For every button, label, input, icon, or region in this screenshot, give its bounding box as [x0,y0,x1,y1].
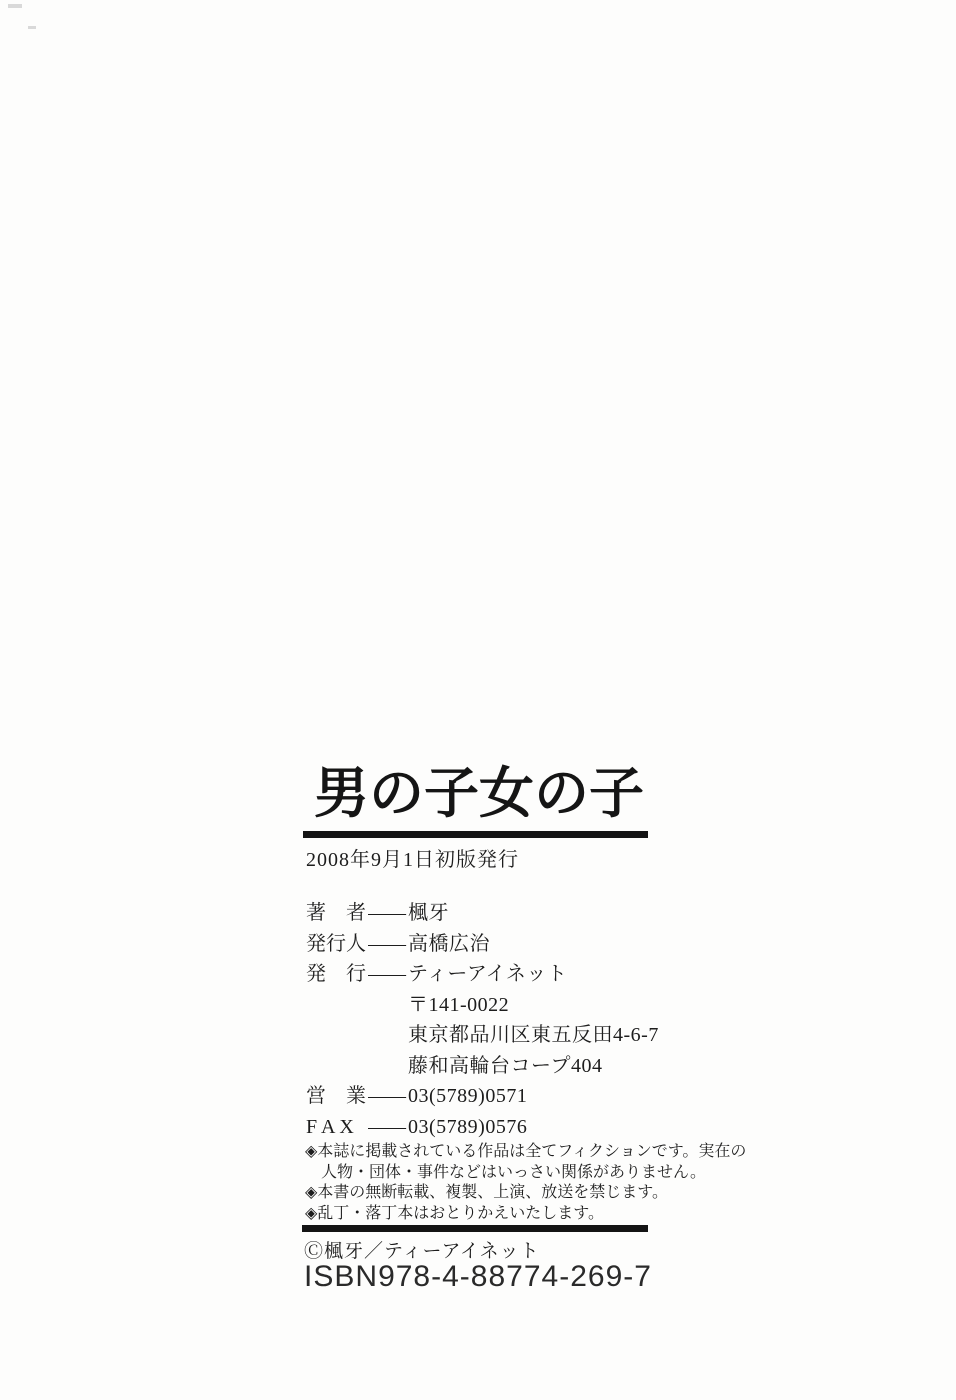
row-value: 楓牙 [408,898,449,929]
row-dash: —— [368,1081,408,1112]
row-dash: —— [368,1112,408,1143]
scan-speck [28,26,36,29]
colophon-row-publisher-person: 発行人 —— 高橋広治 [306,929,659,960]
colophon-row-address: 東京都品川区東五反田4-6-7 [306,1020,659,1051]
note-line: 人物・団体・事件などはいっさい関係がありません。 [305,1163,746,1184]
bottom-divider-rule [302,1225,648,1232]
row-dash: —— [368,929,408,960]
colophon-page: 男の子女の子 2008年9月1日初版発行 著 者 —— 楓牙 発行人 —— 高橋… [0,0,956,1400]
row-label: 営 業 [306,1081,368,1112]
edition-date: 2008年9月1日初版発行 [306,843,519,872]
disclaimer-notes: ◈本誌に掲載されている作品は全てフィクションです。実在の 人物・団体・事件などは… [305,1142,746,1224]
row-label: 著 者 [306,898,368,929]
note-line: ◈乱丁・落丁本はおとりかえいたします。 [305,1204,746,1225]
row-value: 03(5789)0571 [408,1081,527,1112]
row-value: 03(5789)0576 [408,1112,527,1143]
row-dash: —— [368,959,408,990]
row-value: 藤和高輪台コープ404 [408,1051,603,1082]
copyright-line: Ⓒ楓牙／ティーアイネット [304,1236,540,1263]
colophon-row-fax: F A X —— 03(5789)0576 [306,1112,659,1143]
colophon-row-address2: 藤和高輪台コープ404 [306,1051,659,1082]
row-value: ティーアイネット [408,959,567,990]
colophon-rows: 著 者 —— 楓牙 発行人 —— 高橋広治 発 行 —— ティーアイネット 〒1… [306,898,659,1142]
colophon-row-author: 著 者 —— 楓牙 [306,898,659,929]
row-label: F A X [306,1112,368,1143]
colophon-row-publisher: 発 行 —— ティーアイネット [306,959,659,990]
isbn-number: ISBN978-4-88774-269-7 [0,1260,956,1294]
title-divider-rule [303,831,648,838]
scan-speck [8,4,22,8]
colophon-row-postal-code: 〒141-0022 [306,990,659,1021]
row-label: 発 行 [306,959,368,990]
row-value: 高橋広治 [408,929,490,960]
note-line: ◈本誌に掲載されている作品は全てフィクションです。実在の [305,1142,746,1163]
book-title: 男の子女の子 [314,764,644,825]
row-dash: —— [368,898,408,929]
note-line: ◈本書の無断転載、複製、上演、放送を禁じます。 [305,1183,746,1204]
row-label: 発行人 [306,929,368,960]
row-value: 東京都品川区東五反田4-6-7 [408,1020,659,1051]
row-value: 〒141-0022 [408,990,509,1021]
colophon-row-sales-phone: 営 業 —— 03(5789)0571 [306,1081,659,1112]
